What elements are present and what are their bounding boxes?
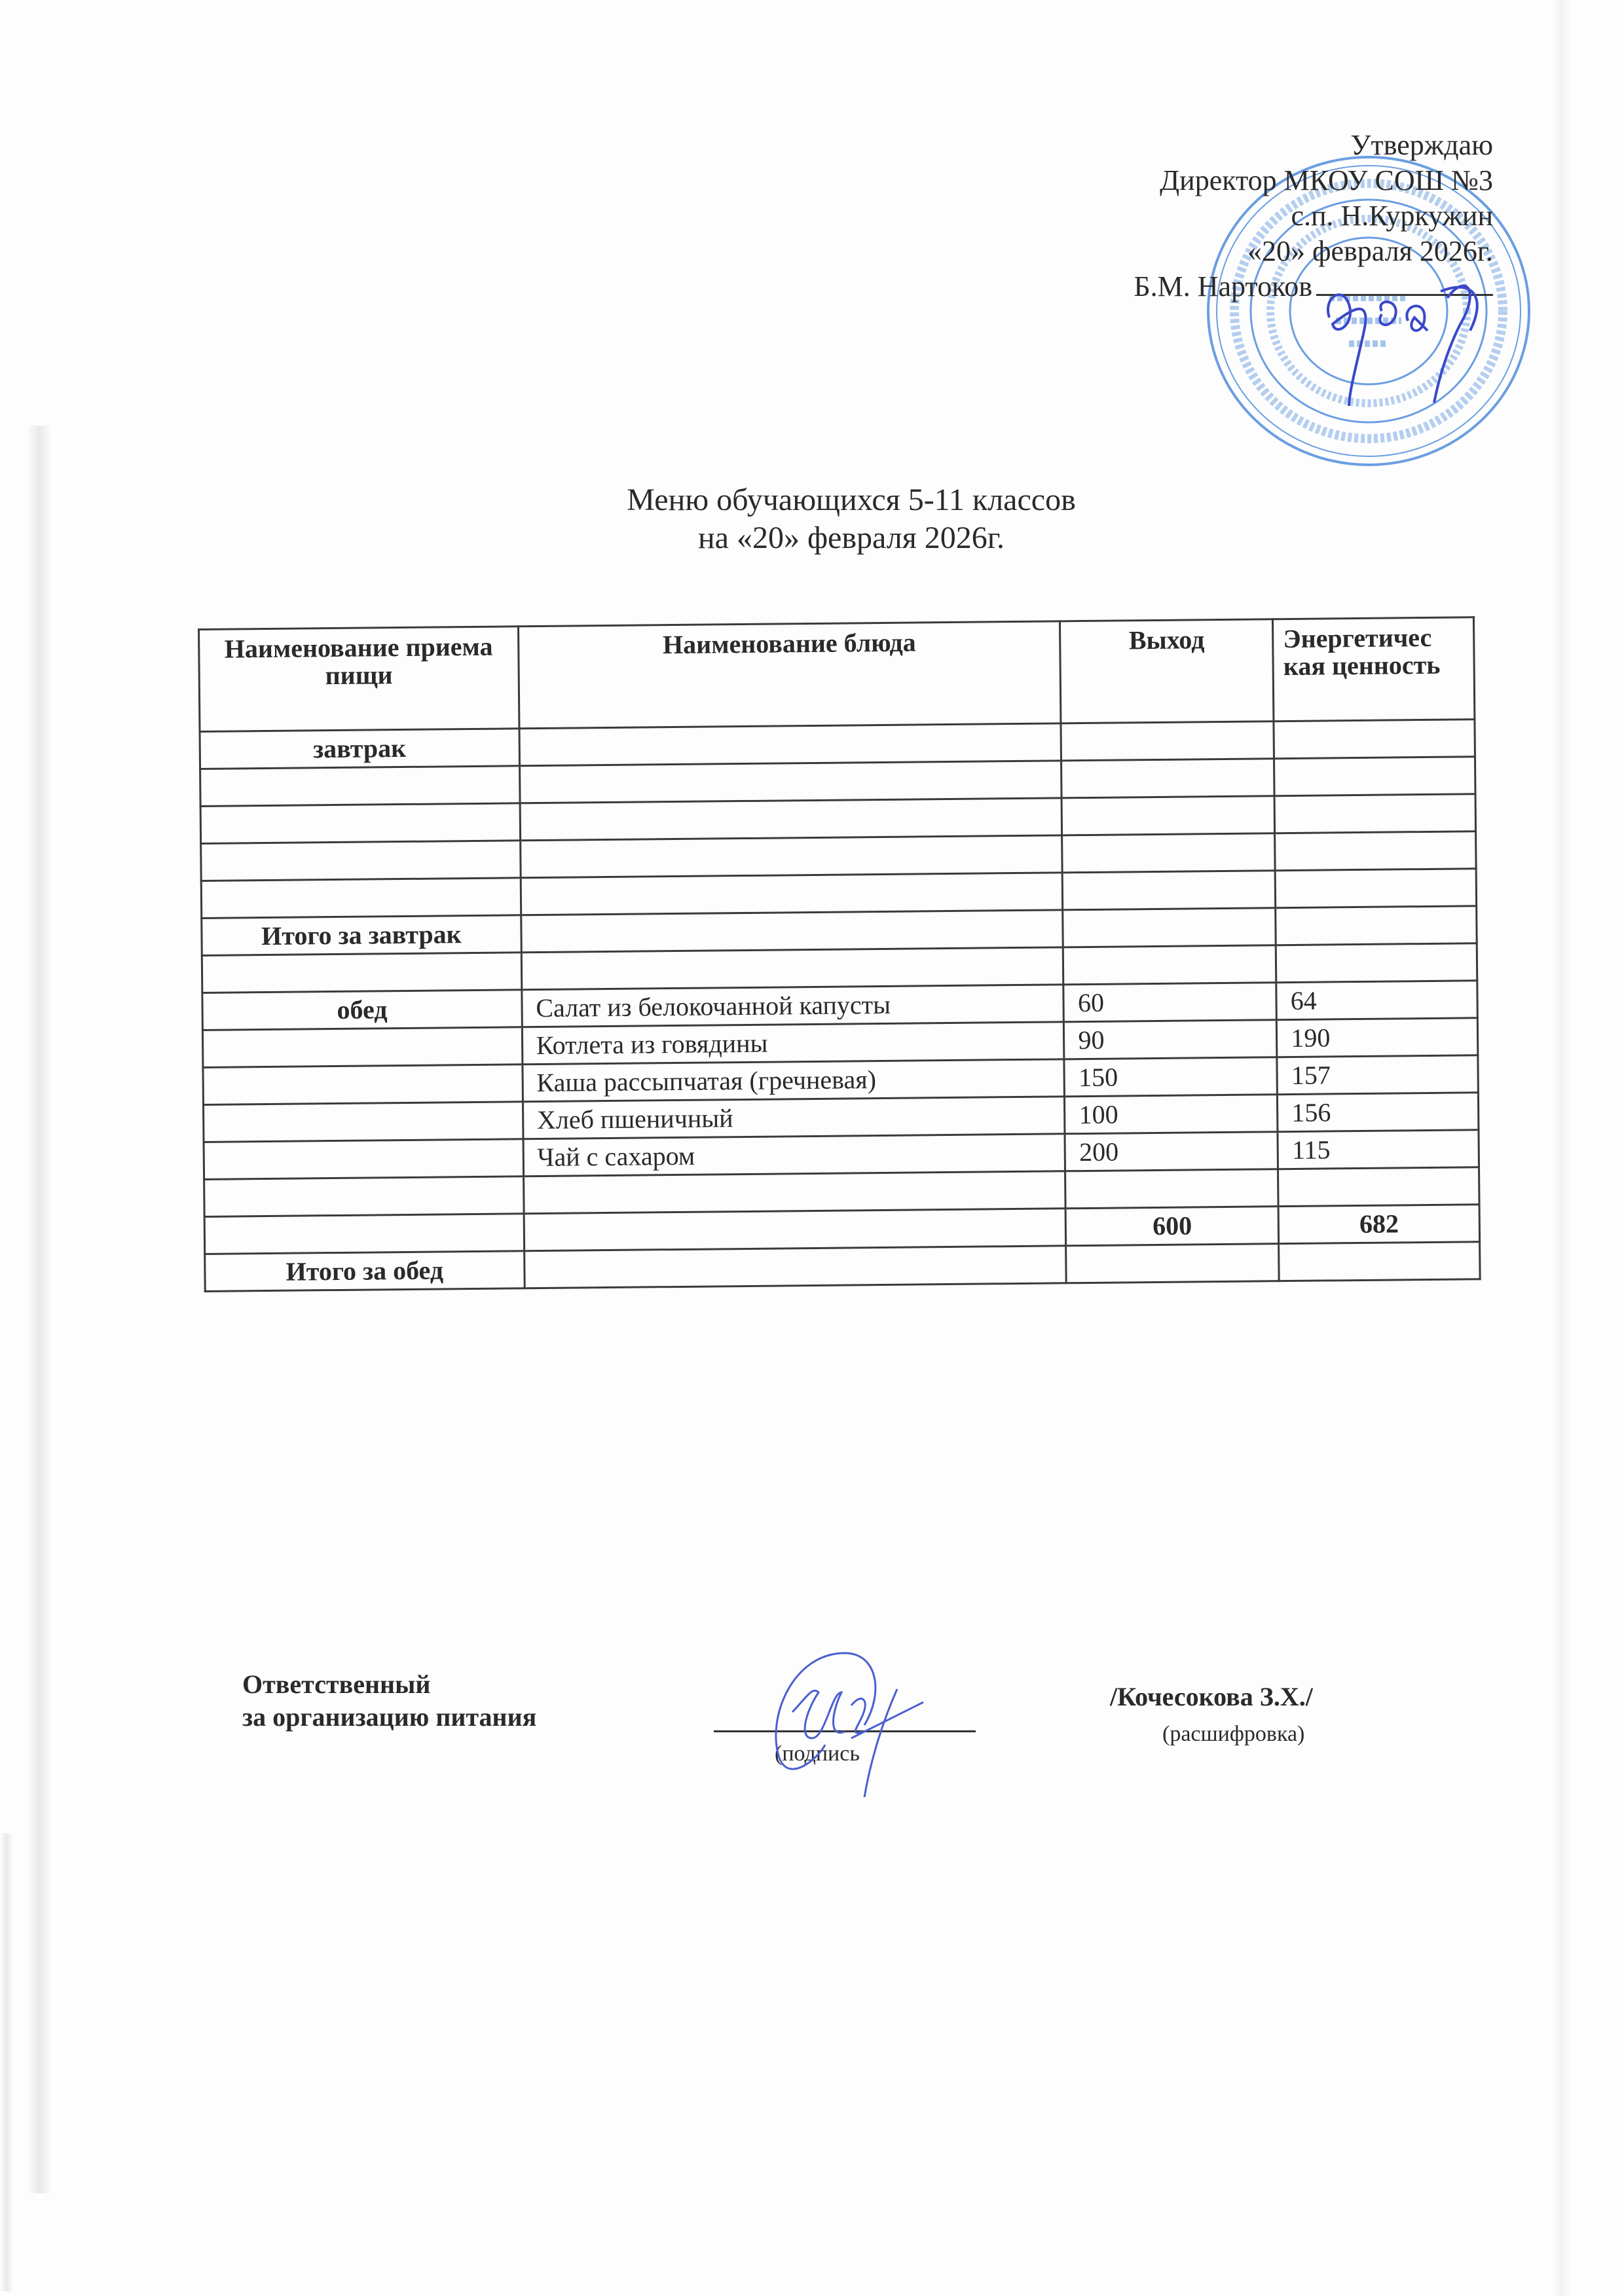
approval-signer: Б.М. Нартоков [1134, 270, 1312, 302]
cell-dish [521, 910, 1063, 953]
document-title: Меню обучающихся 5-11 классов на «20» фе… [458, 481, 1244, 557]
cell-energy [1276, 906, 1477, 945]
scan-streak [26, 426, 52, 2193]
responsible-label: Ответственный за организацию питания [242, 1668, 536, 1734]
cell-meal: Итого за завтрак [202, 915, 521, 956]
cell-yield [1062, 833, 1275, 873]
cell-yield [1063, 871, 1276, 910]
responsible-line-2: за организацию питания [242, 1701, 536, 1734]
cell-yield [1065, 1169, 1278, 1209]
cell-dish: Каша рассыпчатая (гречневая) [523, 1059, 1065, 1102]
director-signature-icon [1310, 259, 1493, 409]
cell-meal [202, 1027, 522, 1068]
cell-yield: 600 [1065, 1207, 1278, 1246]
cell-dish [524, 1246, 1066, 1288]
cell-dish [523, 1171, 1065, 1214]
cell-meal [204, 1139, 523, 1180]
cell-dish [521, 873, 1063, 915]
cell-yield [1061, 759, 1274, 798]
cell-dish: Хлеб пшеничный [523, 1097, 1065, 1139]
cell-energy [1279, 1242, 1480, 1281]
cell-energy [1276, 943, 1477, 983]
cell-energy: 115 [1278, 1130, 1479, 1169]
approval-heading: Утверждаю [1074, 128, 1493, 163]
cell-meal [204, 1176, 524, 1217]
responsible-line-1: Ответственный [242, 1668, 536, 1701]
header-energy: Энергетичес кая ценность [1273, 617, 1475, 721]
cell-yield [1061, 796, 1274, 835]
cell-energy [1274, 757, 1475, 796]
cell-dish [519, 761, 1061, 803]
cell-energy [1275, 869, 1476, 908]
header-meal: Наименование приема пищи [199, 627, 519, 732]
cell-dish: Чай с сахаром [523, 1134, 1065, 1176]
cell-energy [1278, 1167, 1479, 1207]
cell-meal: обед [202, 990, 522, 1030]
cell-meal [202, 953, 521, 993]
cell-yield: 60 [1063, 983, 1276, 1022]
table-body: завтракИтого за завтракобедСалат из бело… [200, 720, 1480, 1292]
cell-yield: 100 [1065, 1095, 1278, 1134]
cell-energy: 190 [1277, 1018, 1478, 1057]
header-yield: Выход [1060, 619, 1274, 723]
cell-dish [520, 798, 1062, 841]
cell-meal [203, 1065, 523, 1105]
cell-dish [520, 835, 1062, 878]
cell-meal [203, 1102, 523, 1142]
cell-energy: 682 [1278, 1205, 1479, 1244]
menu-table: Наименование приема пищи Наименование бл… [198, 616, 1481, 1292]
cell-energy [1275, 831, 1476, 871]
cell-yield [1066, 1244, 1279, 1283]
title-line-2: на «20» февраля 2026г. [458, 519, 1244, 557]
cell-dish [521, 947, 1063, 990]
cell-dish [524, 1209, 1066, 1251]
cell-energy [1274, 794, 1475, 833]
cell-dish: Котлета из говядины [522, 1022, 1064, 1065]
cell-yield: 90 [1064, 1020, 1277, 1059]
cell-dish [519, 723, 1061, 766]
cell-meal [200, 803, 520, 844]
cell-energy: 157 [1277, 1055, 1478, 1095]
cell-meal [201, 878, 521, 919]
table-header-row: Наименование приема пищи Наименование бл… [199, 617, 1475, 732]
cell-yield [1061, 721, 1274, 761]
cell-meal [201, 841, 521, 881]
name-caption: (расшифровка) [1162, 1722, 1304, 1747]
approval-location: с.п. Н.Куркужин [1074, 198, 1493, 234]
cell-meal [204, 1214, 524, 1254]
scan-streak [1552, 0, 1572, 2296]
cell-meal [200, 766, 520, 807]
approval-position: Директор МКОУ СОШ №3 [1074, 163, 1493, 198]
cell-meal: завтрак [200, 729, 519, 769]
cell-yield: 150 [1064, 1057, 1277, 1097]
title-line-1: Меню обучающихся 5-11 классов [458, 481, 1244, 519]
responsible-name: /Кочесокова З.Х./ [1110, 1681, 1313, 1712]
responsible-signature-icon [753, 1640, 936, 1797]
scan-streak [0, 1833, 13, 2291]
cell-energy: 64 [1276, 981, 1477, 1020]
cell-yield [1063, 945, 1276, 985]
cell-dish: Салат из белокочанной капусты [522, 985, 1064, 1027]
header-dish: Наименование блюда [518, 621, 1061, 729]
cell-yield: 200 [1065, 1132, 1278, 1171]
cell-yield [1063, 908, 1276, 947]
cell-energy [1274, 720, 1475, 759]
cell-meal: Итого за обед [205, 1251, 525, 1292]
cell-energy: 156 [1278, 1093, 1479, 1132]
